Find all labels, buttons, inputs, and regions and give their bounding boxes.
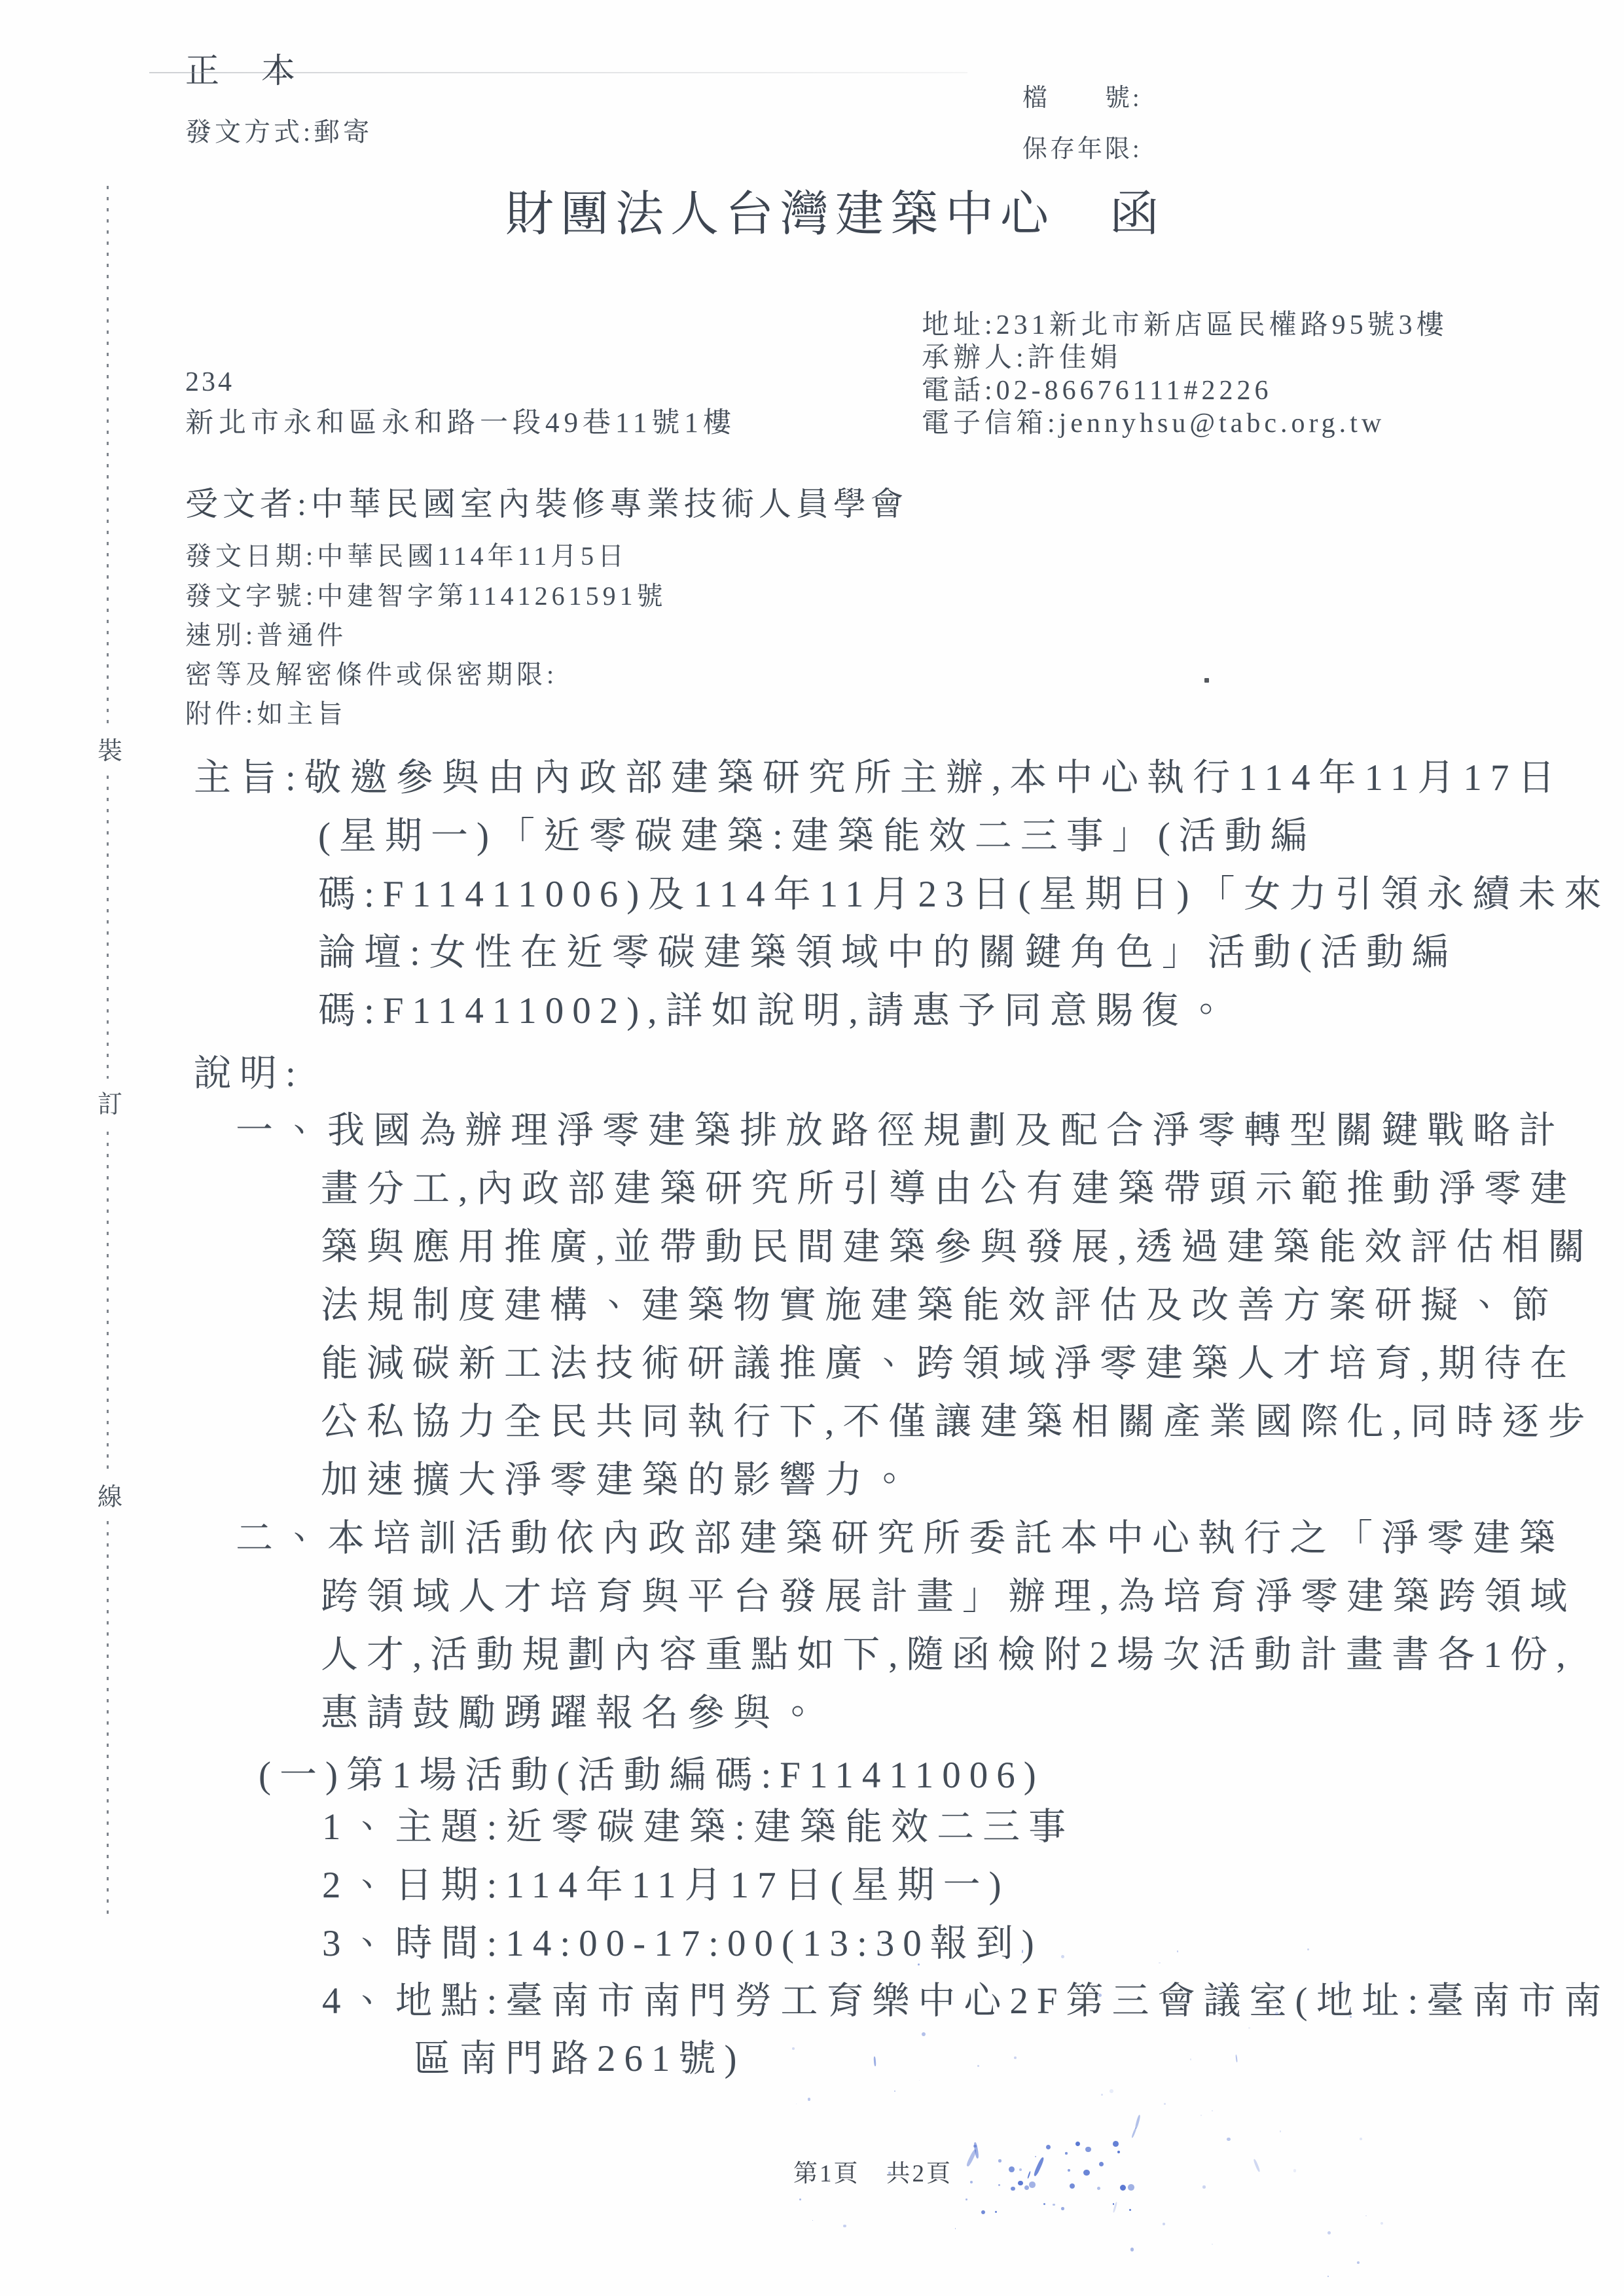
stamp-speck [973,2142,979,2159]
official-letter-page: 正 本 發文方式:郵寄 檔 號: 保存年限: 財團法人台灣建築中心 函 地址:2… [0,0,1624,2296]
security-class-line: 密等及解密條件或保密期限: [185,654,558,691]
event-1-title: 第1場活動(活動編碼:F11411006) [346,1755,1045,1796]
stamp-speck [1164,2103,1166,2105]
stamp-speck [1053,2204,1055,2206]
priority-line: 速別:普通件 [185,615,347,652]
stamp-speck [1097,2187,1100,2190]
recipient-address: 新北市永和區永和路一段49巷11號1樓 [185,401,736,440]
send-method-label: 發文方式:郵寄 [185,111,372,149]
stamp-speck [812,2220,813,2221]
stamp-speck [1065,2152,1068,2155]
stamp-speck [1327,2276,1329,2277]
detail-4-text: 地點:臺南市南門勞工育樂中心2F第三會議室(地址:臺南市南區南門路261號) [395,1981,1610,2079]
page-number-footer: 第1頁 共2頁 [793,2153,952,2189]
stamp-speck [1212,2110,1212,2111]
event-detail-topic: 1、主題:近零碳建築:建築能效二三事 [322,1799,1624,1856]
stamp-speck [1327,2231,1331,2234]
stamp-speck [1061,2207,1064,2210]
ink-dot-artifact [1204,678,1209,683]
stamp-speck [1227,2138,1230,2141]
stamp-speck [981,2210,985,2214]
recipient-zip-code: 234 [185,367,234,398]
binding-mark-ding: 訂 [96,1079,124,1125]
event-detail-location: 4、地點:臺南市南門勞工育樂中心2F第三會議室(地址:臺南市南區南門路261號) [322,1973,1624,2088]
sender-phone: 電話:02-86676111#2226 [922,374,1448,407]
stamp-speck [1035,2156,1036,2157]
stamp-speck [1293,2169,1296,2172]
stamp-speck [1099,2162,1104,2166]
stamp-speck [1200,2115,1202,2116]
document-title: 財團法人台灣建築中心 函 [505,175,1165,245]
item-1-text: 我國為辦理淨零建築排放路徑規劃及配合淨零轉型關鍵戰略計畫分工,內政部建築研究所引… [321,1110,1594,1501]
stamp-speck [894,2090,895,2092]
stamp-speck [1011,2187,1015,2191]
sender-contact-person: 承辦人:許佳娟 [922,342,1448,374]
stamp-speck [1068,2169,1070,2172]
stamp-speck [1163,2223,1165,2225]
sender-address: 地址:231新北市新店區民權路95號3樓 [922,309,1448,342]
stamp-speck [1117,2151,1120,2153]
subject-label: 主旨: [194,757,304,798]
stamp-speck [1120,2185,1126,2191]
stamp-speck [998,2159,1001,2162]
stamp-speck [1075,2142,1080,2146]
event-detail-date: 2、日期:114年11月17日(星期一) [322,1857,1624,1914]
stamp-speck [1128,2184,1134,2191]
copy-type-label: 正 本 [185,43,299,92]
sender-email: 電子信箱:jennyhsu@tabc.org.tw [922,407,1448,440]
item-1-number: 一、 [236,1110,327,1151]
stamp-speck [1009,2166,1015,2172]
binding-mark-xian: 線 [96,1471,124,1518]
detail-4-number: 4、 [322,1981,395,2022]
explanation-item-2: 二、本培訓活動依內政部建築研究所委託本中心執行之「淨零建築跨領域人才培育與平台發… [236,1509,1597,1742]
stamp-speck [1029,2181,1036,2188]
stamp-speck [1360,2138,1362,2140]
stamp-speck [1085,2147,1091,2152]
file-number-label: 檔 號: [1022,77,1142,113]
retention-period-label: 保存年限: [1022,128,1142,164]
stamp-speck [1113,2141,1119,2147]
stamp-speck [965,2149,977,2167]
subject-paragraph: 主旨:敬邀參與由內政部建築研究所主辦,本中心執行114年11月17日(星期一)「… [194,749,1624,1040]
stamp-speck [1070,2183,1075,2189]
explanation-label: 說明: [194,1043,304,1097]
stamp-speck [1043,2203,1045,2205]
stamp-speck [1365,2215,1367,2217]
attachment-line: 附件:如主旨 [185,693,347,730]
stamp-speck [796,2104,797,2104]
stamp-speck [1253,2158,1261,2172]
event-detail-time: 3、時間:14:00-17:00(13:30報到) [322,1915,1624,1973]
detail-2-text: 日期:114年11月17日(星期一) [395,1865,1010,1906]
detail-2-number: 2、 [322,1865,395,1906]
stamp-speck [843,2225,846,2227]
stamp-speck [995,2211,997,2213]
detail-3-number: 3、 [322,1923,395,1964]
stamp-speck [965,2198,967,2200]
stamp-speck [970,2181,973,2184]
binding-mark-zhuang: 裝 [96,725,124,772]
stamp-speck [1018,2181,1023,2186]
stamp-speck [1357,2261,1360,2264]
stamp-speck [1024,2185,1029,2190]
detail-1-number: 1、 [322,1806,395,1848]
event-1-number: (一) [259,1755,346,1796]
stamp-speck [1134,2114,1141,2129]
stamp-speck [1280,2130,1282,2132]
stamp-speck [1033,2157,1045,2177]
stamp-speck [1101,2094,1104,2096]
explanation-item-1: 一、我國為辦理淨零建築排放路徑規劃及配合淨零轉型關鍵戰略計畫分工,內政部建築研究… [236,1102,1597,1509]
stamp-speck [1110,2089,1113,2093]
stamp-speck [1212,2244,1213,2245]
binding-dotted-line [107,186,109,1914]
stamp-speck [1131,2127,1137,2138]
stamp-speck [808,2098,810,2100]
item-2-number: 二、 [236,1518,327,1559]
stamp-speck [1027,2171,1031,2179]
stamp-speck [1083,2170,1090,2176]
stamp-speck [1113,2202,1118,2213]
stamp-speck [955,2228,956,2229]
stamp-speck [1113,2203,1115,2205]
stamp-speck [1129,2209,1131,2211]
document-number-line: 發文字號:中建智字第1141261591號 [185,575,667,613]
detail-1-text: 主題:近零碳建築:建築能效二三事 [395,1806,1075,1848]
stamp-speck [799,2198,801,2200]
stamp-speck [1380,2222,1383,2225]
subject-text: 敬邀參與由內政部建築研究所主辦,本中心執行114年11月17日(星期一)「近零碳… [304,757,1610,1031]
stamp-speck [1202,2185,1205,2188]
stamp-speck [973,2145,977,2148]
sender-info-block: 地址:231新北市新店區民權路95號3樓 承辦人:許佳娟 電話:02-86676… [922,309,1448,440]
stamp-speck [1019,2168,1022,2171]
event-1-heading: (一)第1場活動(活動編碼:F11411006) [259,1745,1045,1799]
stamp-speck [1130,2248,1134,2251]
stamp-speck [998,2184,1000,2186]
item-2-text: 本培訓活動依內政部建築研究所委託本中心執行之「淨零建築跨領域人才培育與平台發展計… [321,1518,1576,1734]
detail-3-text: 時間:14:00-17:00(13:30報到) [395,1923,1043,1964]
issue-date-line: 發文日期:中華民國114年11月5日 [185,535,628,573]
stamp-speck [1046,2145,1051,2149]
scan-artifact-line [149,72,967,73]
recipient-line: 受文者:中華民國室內裝修專業技術人員學會 [185,478,908,525]
